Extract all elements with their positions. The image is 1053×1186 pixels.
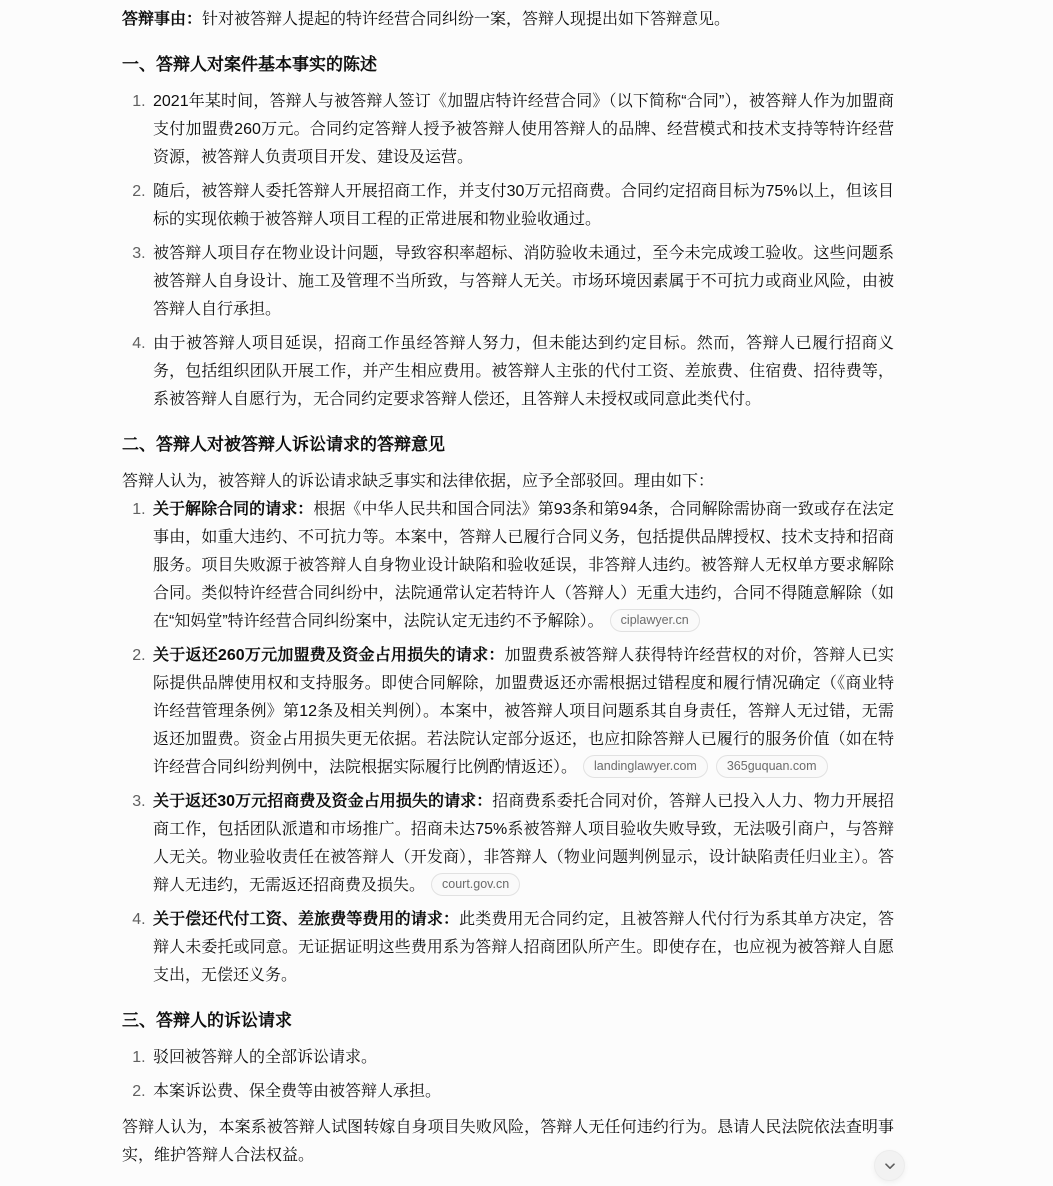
citation-pill[interactable]: court.gov.cn [431, 873, 520, 896]
list-item: 本案诉讼费、保全费等由被答辩人承担。 [150, 1078, 894, 1106]
bold-lead-text: 答辩事由： [122, 11, 202, 28]
scroll-to-bottom-button[interactable] [874, 1150, 905, 1181]
body-text: 随后，被答辩人委托答辩人开展招商工作，并支付30万元招商费。合同约定招商目标为7… [153, 183, 894, 228]
chat-message-area: 答辩事由：针对被答辩人提起的特许经营合同纠纷一案，答辩人现提出如下答辩意见。一、… [0, 0, 1053, 1186]
body-text: 答辩人认为，本案系被答辩人试图转嫁自身项目失败风险，答辩人无任何违约行为。恳请人… [122, 1119, 894, 1164]
section-heading: 一、答辩人对案件基本事实的陈述 [122, 52, 894, 78]
body-text: 答辩人认为，被答辩人的诉讼请求缺乏事实和法律依据，应予全部驳回。理由如下： [122, 473, 714, 490]
section-intro-paragraph: 答辩人认为，被答辩人的诉讼请求缺乏事实和法律依据，应予全部驳回。理由如下： [122, 468, 894, 496]
section-heading: 二、答辩人对被答辩人诉讼请求的答辩意见 [122, 432, 894, 458]
citation-pill[interactable]: 365guquan.com [716, 755, 828, 778]
body-text: 被答辩人项目存在物业设计问题，导致容积率超标、消防验收未通过，至今未完成竣工验收… [153, 245, 894, 318]
closing-paragraph: 答辩人认为，本案系被答辩人试图转嫁自身项目失败风险，答辩人无任何违约行为。恳请人… [122, 1114, 894, 1170]
citation-pill[interactable]: landinglawyer.com [583, 755, 708, 778]
list-item: 2021年某时间，答辩人与被答辩人签订《加盟店特许经营合同》（以下简称“合同”）… [150, 88, 894, 172]
list-item: 由于被答辩人项目延误，招商工作虽经答辩人努力，但未能达到约定目标。然而，答辩人已… [150, 330, 894, 414]
bold-lead-text: 关于返还260万元加盟费及资金占用损失的请求： [153, 647, 505, 664]
bold-lead-text: 关于返还30万元招商费及资金占用损失的请求： [153, 793, 492, 810]
ordered-list: 关于解除合同的请求：根据《中华人民共和国合同法》第93条和第94条，合同解除需协… [122, 496, 894, 990]
body-text: 根据《中华人民共和国合同法》第93条和第94条，合同解除需协商一致或存在法定事由… [153, 501, 894, 630]
list-item: 关于返还260万元加盟费及资金占用损失的请求：加盟费系被答辩人获得特许经营权的对… [150, 642, 894, 782]
body-text: 针对被答辩人提起的特许经营合同纠纷一案，答辩人现提出如下答辩意见。 [202, 11, 730, 28]
bold-lead-text: 关于解除合同的请求： [153, 501, 313, 518]
ordered-list: 2021年某时间，答辩人与被答辩人签订《加盟店特许经营合同》（以下简称“合同”）… [122, 88, 894, 414]
body-text: 由于被答辩人项目延误，招商工作虽经答辩人努力，但未能达到约定目标。然而，答辩人已… [153, 335, 894, 408]
chevron-down-icon [883, 1159, 897, 1173]
body-text: 2021年某时间，答辩人与被答辩人签订《加盟店特许经营合同》（以下简称“合同”）… [153, 93, 894, 166]
list-item: 被答辩人项目存在物业设计问题，导致容积率超标、消防验收未通过，至今未完成竣工验收… [150, 240, 894, 324]
answer-document: 答辩事由：针对被答辩人提起的特许经营合同纠纷一案，答辩人现提出如下答辩意见。一、… [122, 0, 894, 1170]
list-item: 随后，被答辩人委托答辩人开展招商工作，并支付30万元招商费。合同约定招商目标为7… [150, 178, 894, 234]
section-heading: 三、答辩人的诉讼请求 [122, 1008, 894, 1034]
list-item: 关于返还30万元招商费及资金占用损失的请求：招商费系委托合同对价，答辩人已投入人… [150, 788, 894, 900]
ordered-list: 驳回被答辩人的全部诉讼请求。本案诉讼费、保全费等由被答辩人承担。 [122, 1044, 894, 1106]
list-item: 驳回被答辩人的全部诉讼请求。 [150, 1044, 894, 1072]
bold-lead-text: 关于偿还代付工资、差旅费等费用的请求： [153, 911, 459, 928]
citation-pill[interactable]: ciplawyer.cn [610, 609, 700, 632]
list-item: 关于偿还代付工资、差旅费等费用的请求：此类费用无合同约定，且被答辩人代付行为系其… [150, 906, 894, 990]
body-text: 驳回被答辩人的全部诉讼请求。 [153, 1049, 377, 1066]
body-text: 本案诉讼费、保全费等由被答辩人承担。 [153, 1083, 441, 1100]
list-item: 关于解除合同的请求：根据《中华人民共和国合同法》第93条和第94条，合同解除需协… [150, 496, 894, 636]
intro-paragraph: 答辩事由：针对被答辩人提起的特许经营合同纠纷一案，答辩人现提出如下答辩意见。 [122, 6, 894, 34]
